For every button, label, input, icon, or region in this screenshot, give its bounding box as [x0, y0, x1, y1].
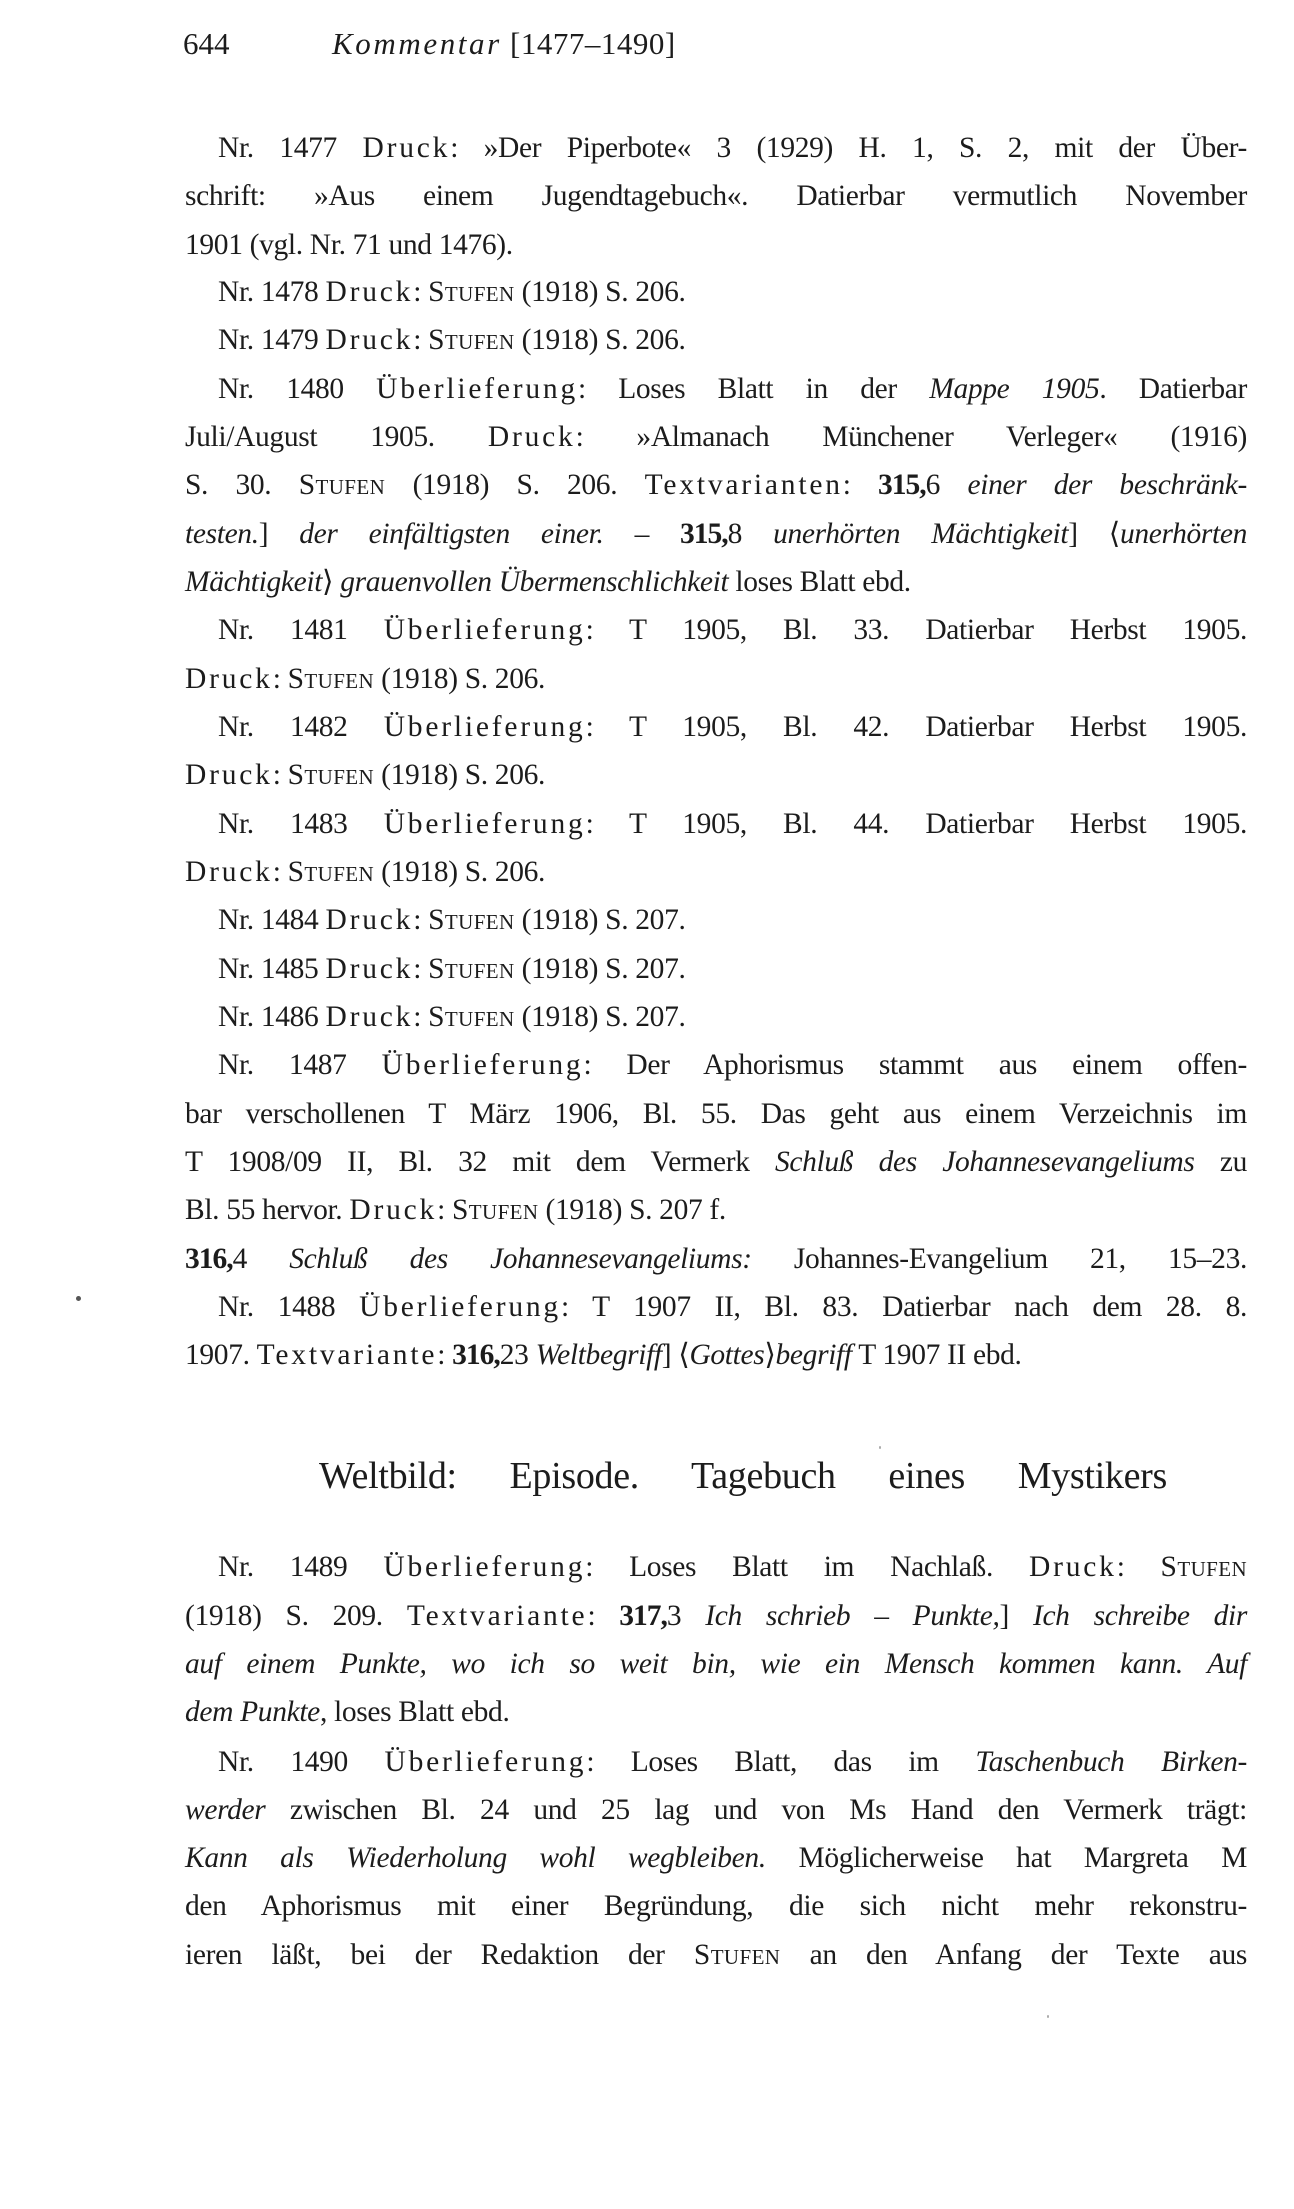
text-run: ] ⟨ — [1068, 518, 1120, 550]
text-line: Nr. 1487 Überlieferung: Der Aphorismus s… — [218, 1045, 1247, 1085]
text-run: 8 — [728, 518, 773, 550]
text-line: ieren läßt, bei der Redaktion der Stufen… — [185, 1935, 1247, 1975]
text-line: 1907. Textvariante: 316,23 Weltbegriff] … — [185, 1335, 1247, 1375]
text-line: Nr. 1478 Druck: Stufen (1918) S. 206. — [218, 272, 1247, 312]
italic-run: dem Punkte — [185, 1696, 320, 1728]
bold-ref: 315, — [680, 518, 728, 550]
spaced-keyword: Druck — [185, 759, 273, 791]
bold-ref: 317, — [619, 1600, 667, 1632]
text-line: Mächtigkeit⟩ grauenvollen Übermenschlich… — [185, 562, 1247, 602]
spaced-keyword: Druck — [325, 324, 413, 356]
running-head-title: Kommentar [1477–1490] — [332, 22, 676, 66]
running-head-title-text: Kommentar — [332, 26, 502, 61]
section-heading: Weltbild: Episode. Tagebuch eines Mystik… — [319, 1448, 1167, 1504]
text-line: Nr. 1486 Druck: Stufen (1918) S. 207. — [218, 997, 1247, 1037]
text-line: Nr. 1490 Überlieferung: Loses Blatt, das… — [218, 1742, 1247, 1782]
text-run: : T 1907 II, Bl. 83. Datierbar nach dem … — [561, 1291, 1247, 1323]
text-run: 3 — [667, 1600, 705, 1632]
text-run: : — [1117, 1551, 1161, 1583]
text-run: : T 1905, Bl. 42. Datierbar Herbst 1905. — [586, 711, 1247, 743]
text-run: (1918) S. 207 f. — [538, 1194, 725, 1226]
text-run: : — [413, 904, 428, 936]
italic-run: Ich schreibe dir — [1033, 1600, 1247, 1632]
text-run: (1918) S. 206. — [374, 759, 545, 791]
text-line: Nr. 1489 Überlieferung: Loses Blatt im N… — [218, 1547, 1247, 1587]
text-run: schrift: »Aus einem Jugendtagebuch«. Dat… — [185, 180, 1247, 212]
running-head-range: [1477–1490] — [502, 26, 676, 61]
text-run: : — [413, 276, 428, 308]
text-run: (1918) S. 206. — [374, 663, 545, 695]
text-run: Nr. 1480 — [218, 373, 376, 405]
italic-run: Ich schrieb – Punkte, — [705, 1600, 999, 1632]
spaced-keyword: Druck — [362, 132, 450, 164]
text-line: werder zwischen Bl. 24 und 25 lag und vo… — [185, 1790, 1247, 1830]
text-run: Nr. 1490 — [218, 1746, 385, 1778]
text-run: Nr. 1479 — [218, 324, 325, 356]
spaced-keyword: Überlieferung — [382, 1049, 584, 1081]
text-run: Nr. 1481 — [218, 614, 384, 646]
text-run: . Datierbar — [1099, 373, 1247, 405]
text-run: : »Almanach Münchener Verleger« (1916) — [576, 421, 1247, 453]
text-run: : — [587, 1600, 619, 1632]
text-run: Möglicherweise hat Margreta M — [766, 1842, 1247, 1874]
text-line: bar verschollenen T März 1906, Bl. 55. D… — [185, 1094, 1247, 1134]
text-run: : Der Aphorismus stammt aus einem offen- — [583, 1049, 1247, 1081]
text-line: 1901 (vgl. Nr. 71 und 1476). — [185, 225, 1247, 265]
text-run: T 1908/09 II, Bl. 32 mit dem Vermerk — [185, 1146, 775, 1178]
text-run: ⟩ — [764, 1339, 775, 1371]
text-line: Druck: Stufen (1918) S. 206. — [185, 755, 1247, 795]
text-run: (1918) S. 206. — [385, 469, 644, 501]
italic-run: grauenvollen Übermenschlichkeit — [340, 566, 728, 598]
smallcaps-run: Stufen — [428, 324, 514, 356]
bold-ref: 316, — [452, 1339, 500, 1371]
spaced-keyword: Druck — [325, 953, 413, 985]
margin-mark — [76, 1296, 81, 1301]
text-run: ] ⟨ — [662, 1339, 690, 1371]
text-run: an den Anfang der Texte aus — [780, 1939, 1247, 1971]
text-run: : — [413, 1001, 428, 1033]
smallcaps-run: Stufen — [428, 904, 514, 936]
text-line: Nr. 1483 Überlieferung: T 1905, Bl. 44. … — [218, 804, 1247, 844]
text-run: Nr. 1482 — [218, 711, 384, 743]
text-run: ieren läßt, bei der Redaktion der — [185, 1939, 694, 1971]
italic-run: Schluß des Johannesevangeliums: — [289, 1243, 752, 1275]
text-run: 23 — [500, 1339, 536, 1371]
text-run: T 1907 II ebd. — [852, 1339, 1022, 1371]
text-run: : T 1905, Bl. 44. Datierbar Herbst 1905. — [586, 808, 1247, 840]
text-run: Nr. 1477 — [218, 132, 362, 164]
text-line: den Aphorismus mit einer Begründung, die… — [185, 1886, 1247, 1926]
text-run: Bl. 55 hervor. — [185, 1194, 349, 1226]
text-line: Nr. 1481 Überlieferung: T 1905, Bl. 33. … — [218, 610, 1247, 650]
text-run: 4 — [233, 1243, 290, 1275]
text-line: Juli/August 1905. Druck: »Almanach Münch… — [185, 417, 1247, 457]
spaced-keyword: Druck — [185, 663, 273, 695]
text-run: : — [437, 1194, 452, 1226]
page-number: 644 — [183, 22, 230, 66]
italic-run: der einfältigsten einer. — [299, 518, 603, 550]
text-run: (1918) S. 207. — [515, 1001, 686, 1033]
text-line: Nr. 1484 Druck: Stufen (1918) S. 207. — [218, 900, 1247, 940]
smallcaps-run: Stufen — [288, 759, 374, 791]
spaced-keyword: Überlieferung — [359, 1291, 561, 1323]
spaced-keyword: Druck — [1029, 1551, 1117, 1583]
spaced-keyword: Überlieferung — [384, 808, 586, 840]
spaced-keyword: Druck — [325, 904, 413, 936]
text-line: Druck: Stufen (1918) S. 206. — [185, 659, 1247, 699]
text-line: Nr. 1488 Überlieferung: T 1907 II, Bl. 8… — [218, 1287, 1247, 1327]
text-run: ] — [259, 518, 300, 550]
smallcaps-run: Stufen — [428, 276, 514, 308]
text-run: : — [273, 663, 288, 695]
text-run: (1918) S. 206. — [515, 276, 686, 308]
text-run: : T 1905, Bl. 33. Datierbar Herbst 1905. — [586, 614, 1247, 646]
smallcaps-run: Stufen — [428, 1001, 514, 1033]
text-run: (1918) S. 209. — [185, 1600, 407, 1632]
text-run: 6 — [926, 469, 968, 501]
spaced-keyword: Textvariante — [407, 1600, 588, 1632]
text-run: Nr. 1483 — [218, 808, 384, 840]
text-run: : Loses Blatt im Nachlaß. — [585, 1551, 1029, 1583]
spaced-keyword: Druck — [488, 421, 576, 453]
text-line: Nr. 1482 Überlieferung: T 1905, Bl. 42. … — [218, 707, 1247, 747]
text-run: den Aphorismus mit einer Begründung, die… — [185, 1890, 1247, 1922]
smallcaps-run: Stufen — [452, 1194, 538, 1226]
text-line: 316,4 Schluß des Johannesevangeliums: Jo… — [185, 1239, 1247, 1279]
text-run: Johannes-Evangelium 21, 15–23. — [752, 1243, 1247, 1275]
text-run: (1918) S. 207. — [515, 953, 686, 985]
text-run: zwischen Bl. 24 und 25 lag und von Ms Ha… — [265, 1794, 1247, 1826]
text-run: ⟩ — [322, 566, 340, 598]
smallcaps-run: Stufen — [299, 469, 385, 501]
text-run: : Loses Blatt in der — [578, 373, 929, 405]
smallcaps-run: Stufen — [694, 1939, 780, 1971]
text-run: : — [273, 759, 288, 791]
text-line: Nr. 1485 Druck: Stufen (1918) S. 207. — [218, 949, 1247, 989]
text-run: – — [604, 518, 680, 550]
text-run: Nr. 1485 — [218, 953, 325, 985]
italic-run: unerhörten — [1120, 518, 1247, 550]
text-run: 1907. — [185, 1339, 257, 1371]
text-run: bar verschollenen T März 1906, Bl. 55. D… — [185, 1098, 1247, 1130]
text-run: : — [413, 324, 428, 356]
text-line: Kann als Wiederholung wohl wegbleiben. M… — [185, 1838, 1247, 1878]
italic-run: begriff — [776, 1339, 852, 1371]
text-run: Nr. 1486 — [218, 1001, 325, 1033]
italic-run: werder — [185, 1794, 265, 1826]
italic-run: unerhörten Mächtigkeit — [773, 518, 1068, 550]
text-run: zu — [1194, 1146, 1247, 1178]
text-run: Nr. 1484 — [218, 904, 325, 936]
text-run: S. 30. — [185, 469, 299, 501]
italic-run: Kann als Wiederholung wohl wegbleiben. — [185, 1842, 766, 1874]
text-run: (1918) S. 207. — [515, 904, 686, 936]
scan-speck — [1047, 2015, 1049, 2018]
bold-ref: 316, — [185, 1243, 233, 1275]
spaced-keyword: Textvarianten — [645, 469, 843, 501]
text-run: Nr. 1487 — [218, 1049, 382, 1081]
smallcaps-run: Stufen — [428, 953, 514, 985]
text-line: Bl. 55 hervor. Druck: Stufen (1918) S. 2… — [185, 1190, 1247, 1230]
text-run: ] — [1000, 1600, 1033, 1632]
spaced-keyword: Überlieferung — [383, 1551, 585, 1583]
text-line: Nr. 1480 Überlieferung: Loses Blatt in d… — [218, 369, 1247, 409]
spaced-keyword: Druck — [325, 1001, 413, 1033]
text-run: Nr. 1488 — [218, 1291, 359, 1323]
text-line: S. 30. Stufen (1918) S. 206. Textvariant… — [185, 465, 1247, 505]
italic-run: Schluß des Johannesevangeliums — [775, 1146, 1194, 1178]
text-run: , loses Blatt ebd. — [320, 1696, 510, 1728]
text-run: Nr. 1478 — [218, 276, 325, 308]
text-run: : »Der Piperbote« 3 (1929) H. 1, S. 2, m… — [450, 132, 1247, 164]
text-line: testen.] der einfältigsten einer. – 315,… — [185, 514, 1247, 554]
text-run: (1918) S. 206. — [515, 324, 686, 356]
italic-run: Taschenbuch Birken- — [975, 1746, 1247, 1778]
text-run: : — [843, 469, 878, 501]
smallcaps-run: Stufen — [1161, 1551, 1247, 1583]
text-line: Nr. 1477 Druck: »Der Piperbote« 3 (1929)… — [218, 128, 1247, 168]
italic-run: testen. — [185, 518, 259, 550]
text-run: 1901 (vgl. Nr. 71 und 1476). — [185, 229, 513, 261]
italic-run: Mächtigkeit — [185, 566, 322, 598]
text-run: Juli/August 1905. — [185, 421, 488, 453]
text-run: loses Blatt ebd. — [728, 566, 911, 598]
text-run: : Loses Blatt, das im — [586, 1746, 975, 1778]
smallcaps-run: Stufen — [288, 856, 374, 888]
spaced-keyword: Überlieferung — [384, 614, 586, 646]
bold-ref: 315, — [878, 469, 926, 501]
text-run: Nr. 1489 — [218, 1551, 383, 1583]
italic-run: einer der beschränk- — [967, 469, 1247, 501]
scan-speck — [879, 1446, 881, 1449]
text-line: dem Punkte, loses Blatt ebd. — [185, 1692, 1247, 1732]
spaced-keyword: Druck — [185, 856, 273, 888]
text-line: Nr. 1479 Druck: Stufen (1918) S. 206. — [218, 320, 1247, 360]
text-line: auf einem Punkte, wo ich so weit bin, wi… — [185, 1644, 1247, 1684]
italic-run: Gottes — [689, 1339, 764, 1371]
text-line: Druck: Stufen (1918) S. 206. — [185, 852, 1247, 892]
text-line: schrift: »Aus einem Jugendtagebuch«. Dat… — [185, 176, 1247, 216]
italic-run: Weltbegriff — [536, 1339, 662, 1371]
text-line: (1918) S. 209. Textvariante: 317,3 Ich s… — [185, 1596, 1247, 1636]
spaced-keyword: Überlieferung — [384, 711, 586, 743]
spaced-keyword: Textvariante — [257, 1339, 438, 1371]
text-line: T 1908/09 II, Bl. 32 mit dem Vermerk Sch… — [185, 1142, 1247, 1182]
spaced-keyword: Überlieferung — [376, 373, 578, 405]
text-run: : — [413, 953, 428, 985]
text-run: : — [273, 856, 288, 888]
italic-run: Mappe 1905 — [929, 373, 1099, 405]
spaced-keyword: Druck — [325, 276, 413, 308]
spaced-keyword: Druck — [349, 1194, 437, 1226]
text-run: (1918) S. 206. — [374, 856, 545, 888]
text-run: : — [437, 1339, 452, 1371]
spaced-keyword: Überlieferung — [385, 1746, 587, 1778]
italic-run: auf einem Punkte, wo ich so weit bin, wi… — [185, 1648, 1247, 1680]
document-page: 644 Kommentar [1477–1490] Nr. 1477 Druck… — [0, 0, 1294, 2209]
smallcaps-run: Stufen — [288, 663, 374, 695]
